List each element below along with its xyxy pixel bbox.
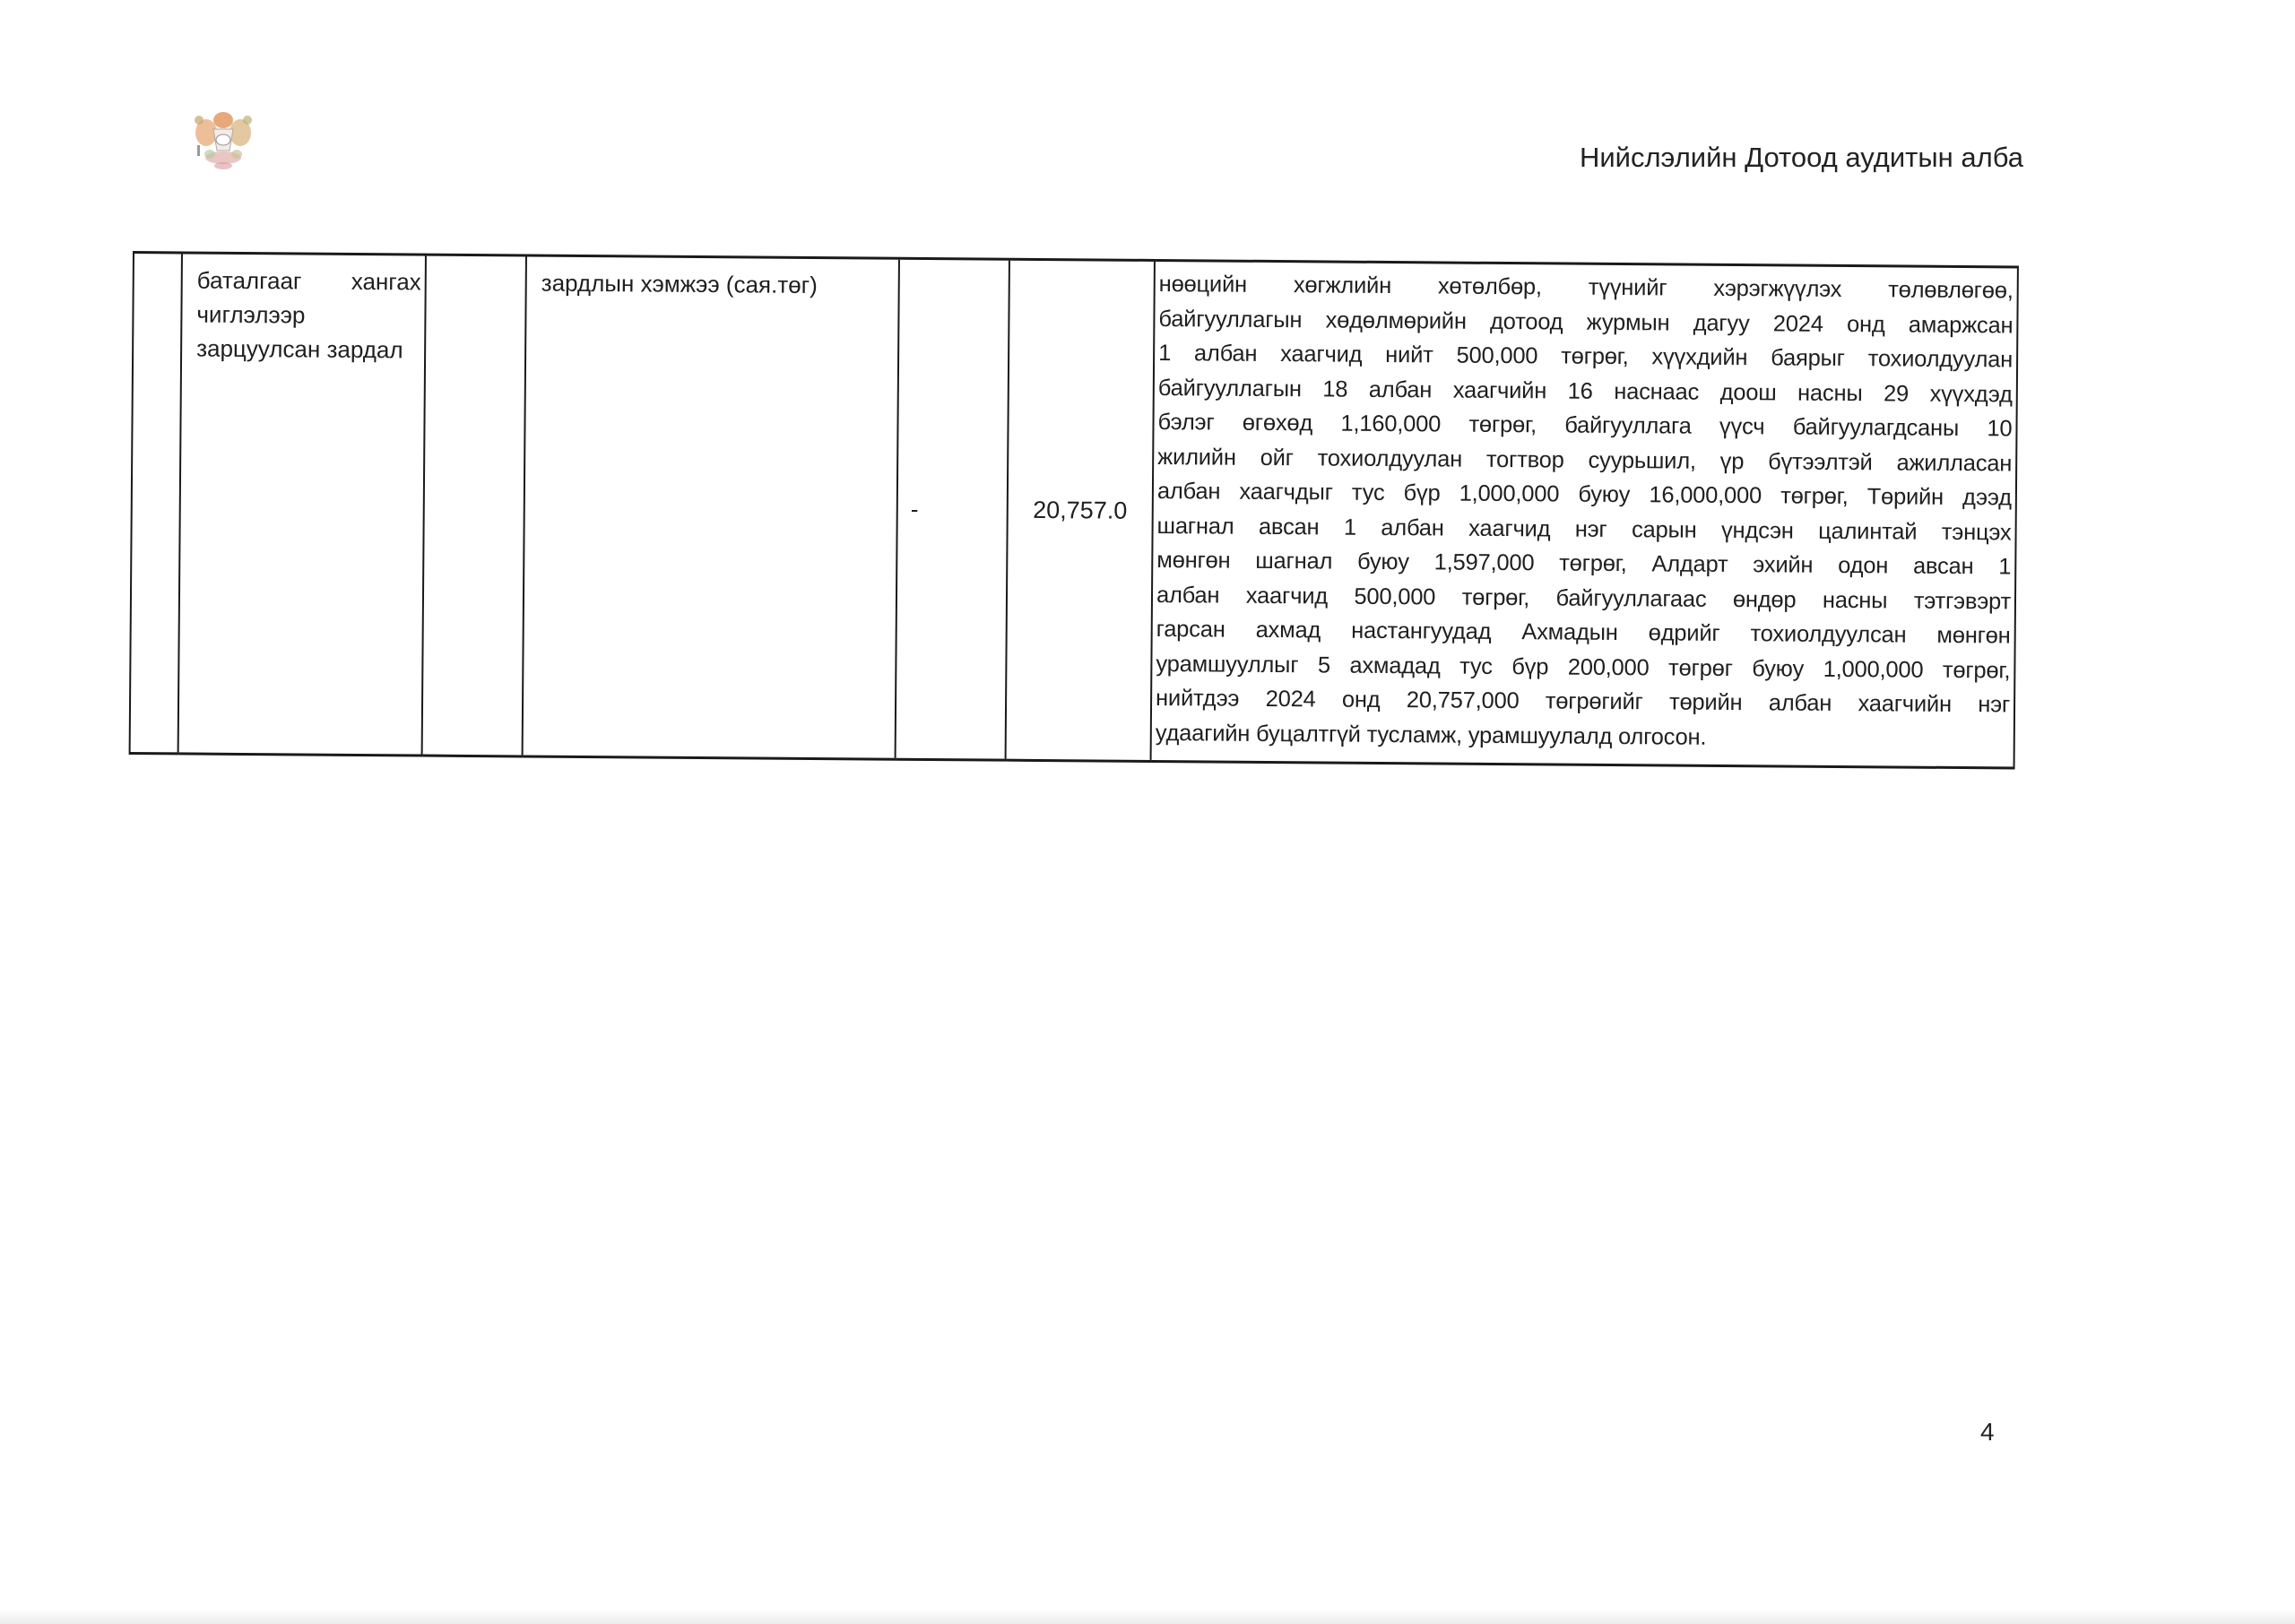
description-word: албан bbox=[1194, 336, 1258, 371]
table-row: баталгааг хангах чиглэлээр зарцуулсан за… bbox=[130, 253, 2018, 768]
description-word: хөгжлийн bbox=[1294, 268, 1391, 303]
description-word: нөөцийн bbox=[1159, 267, 1248, 302]
description-word: нийтдээ bbox=[1156, 681, 1240, 716]
page-number: 4 bbox=[1980, 1418, 1995, 1447]
description-word: мөнгөн bbox=[1936, 618, 2010, 653]
description-word: үр bbox=[1720, 444, 1745, 479]
description-word: наснаас bbox=[1614, 374, 1699, 409]
description-word: авсан bbox=[1259, 509, 1320, 544]
description-word: ахмад bbox=[1255, 613, 1321, 648]
description-word: онд bbox=[1847, 307, 1885, 342]
description-word: урамшууллыг bbox=[1156, 646, 1298, 682]
description-word: 2024 bbox=[1266, 682, 1316, 717]
description-word: мөнгөн bbox=[1156, 543, 1230, 578]
description-word: настангуудад bbox=[1351, 614, 1491, 650]
description-word: албан bbox=[1156, 577, 1220, 612]
description-word: тэтгэвэрт bbox=[1914, 583, 2011, 618]
description-word: 200,000 bbox=[1568, 650, 1650, 685]
baseline-cell: - bbox=[896, 258, 1009, 760]
description-word: тэнцэх bbox=[1942, 514, 2012, 549]
description-word: 1 bbox=[1998, 549, 2011, 584]
description-word: тус bbox=[1459, 649, 1493, 684]
description-word: байгууллага bbox=[1564, 409, 1692, 445]
description-word: өдрийг bbox=[1649, 616, 1720, 651]
description-word: бүр bbox=[1511, 650, 1548, 685]
audit-table: баталгааг хангах чиглэлээр зарцуулсан за… bbox=[129, 251, 2017, 769]
description-word: төрийн bbox=[1669, 685, 1743, 720]
description-word: тус bbox=[1352, 476, 1385, 511]
description-word: үүсч bbox=[1719, 410, 1765, 445]
description-word: Төрийн bbox=[1867, 479, 1944, 514]
description-word: жилийн bbox=[1157, 439, 1236, 474]
description-word: өгөхөд bbox=[1243, 406, 1313, 441]
description-word: хаагчийн bbox=[1453, 373, 1547, 408]
description-line: удаагийн буцалтгүй тусламж, урамшуулалд … bbox=[1156, 715, 2010, 756]
description-word: эхийн bbox=[1753, 548, 1813, 583]
description-text: нөөцийнхөгжлийнхөтөлбөр,түүнийгхэрэгжүүл… bbox=[1156, 267, 2014, 756]
description-word: төгрөг, bbox=[1780, 479, 1849, 514]
value-cell: 20,757.0 bbox=[1006, 259, 1155, 761]
description-word: нэг bbox=[1575, 512, 1607, 547]
unit-cell: зардлын хэмжээ (сая.төг) bbox=[523, 255, 899, 759]
description-word: 500,000 bbox=[1456, 339, 1537, 374]
description-word: төгрөг, bbox=[1559, 547, 1627, 582]
audit-table-grid: баталгааг хангах чиглэлээр зарцуулсан за… bbox=[129, 251, 2019, 770]
description-word: насны bbox=[1823, 583, 1888, 618]
description-word: доош bbox=[1719, 375, 1776, 410]
description-word: буюу bbox=[1578, 478, 1630, 513]
description-word: хөтөлбөр, bbox=[1438, 269, 1542, 304]
description-word: бүр bbox=[1403, 476, 1440, 511]
description-word: 29 bbox=[1884, 376, 1909, 411]
description-word: 1,000,000 bbox=[1459, 477, 1559, 512]
description-word: шагнал bbox=[1255, 544, 1332, 579]
description-word: байгууллагын bbox=[1158, 301, 1302, 337]
description-word: сарын bbox=[1632, 513, 1697, 548]
description-word: буюу bbox=[1752, 652, 1804, 687]
description-word: баярыг bbox=[1771, 341, 1845, 376]
description-word: цалинтай bbox=[1818, 514, 1918, 549]
description-word: ажилласан bbox=[1896, 445, 2012, 481]
description-word: төгрөг, bbox=[1462, 580, 1530, 615]
description-word: авсан bbox=[1913, 549, 1974, 584]
description-word: Ахмадын bbox=[1521, 615, 1618, 650]
description-word: 18 bbox=[1322, 372, 1347, 407]
description-word: онд bbox=[1342, 683, 1381, 718]
description-word: одон bbox=[1838, 549, 1888, 583]
description-word: албан bbox=[1369, 372, 1433, 407]
description-word: албан bbox=[1769, 686, 1832, 721]
description-word: 1,160,000 bbox=[1340, 407, 1441, 442]
description-word: тогтвор bbox=[1486, 442, 1564, 477]
description-word: 16,000,000 bbox=[1649, 478, 1762, 513]
description-word: 20,757,000 bbox=[1407, 683, 1520, 718]
description-word: тохиолдуулан bbox=[1318, 441, 1463, 477]
description-word: тохиолдуулсан bbox=[1750, 617, 1906, 652]
indicator-line-3: зарцуулсан зардал bbox=[196, 332, 420, 367]
description-word: 5 bbox=[1318, 648, 1330, 683]
indicator-cell: баталгааг хангах чиглэлээр зарцуулсан за… bbox=[178, 253, 426, 756]
description-word: төгрөг, bbox=[1468, 408, 1537, 443]
scan-page-edge bbox=[0, 1610, 2295, 1624]
description-word: буюу bbox=[1357, 545, 1409, 580]
description-word: шагнал bbox=[1156, 508, 1234, 543]
description-word: түүнийг bbox=[1589, 271, 1667, 306]
description-word: Алдарт bbox=[1651, 547, 1728, 582]
empty-cell bbox=[422, 255, 526, 756]
description-word: насны bbox=[1797, 376, 1863, 410]
description-word: байгууллагын bbox=[1158, 370, 1302, 406]
description-word: дотоод bbox=[1490, 304, 1563, 339]
description-word: 1,000,000 bbox=[1823, 652, 1924, 687]
description-word: төгрөг bbox=[1668, 651, 1733, 686]
description-word: 10 bbox=[1987, 411, 2012, 446]
description-word: гарсан bbox=[1156, 612, 1225, 647]
description-word: нийт bbox=[1385, 338, 1433, 373]
description-word: хаагчид bbox=[1246, 578, 1328, 613]
indicator-word: хангах bbox=[351, 264, 421, 299]
description-word: журмын bbox=[1587, 305, 1670, 340]
description-word: бэлэг bbox=[1157, 405, 1214, 440]
description-word: 1,597,000 bbox=[1434, 545, 1535, 580]
indicator-line-2: чиглэлээр bbox=[196, 298, 420, 333]
description-word: 1 bbox=[1344, 510, 1356, 545]
description-word: төлөвлөгөө, bbox=[1888, 272, 2014, 308]
description-word: ахмадад bbox=[1349, 648, 1440, 683]
description-word: төгрөг, bbox=[1943, 652, 2011, 687]
description-word: 16 bbox=[1568, 374, 1593, 409]
indicator-line-1: баталгааг хангах bbox=[197, 263, 421, 299]
description-word: байгууллагаас bbox=[1555, 581, 1706, 617]
description-word: 1 bbox=[1158, 336, 1171, 371]
description-word: хүүхдэд bbox=[1929, 376, 2012, 411]
description-cell: нөөцийнхөгжлийнхөтөлбөр,түүнийгхэрэгжүүл… bbox=[1151, 260, 2018, 768]
description-word: хаагчид bbox=[1280, 337, 1362, 372]
description-word: суурьшил, bbox=[1588, 443, 1696, 478]
description-word: хаагчийн bbox=[1858, 687, 1952, 721]
description-word: нэг bbox=[1978, 687, 2010, 722]
description-word: хэрэгжүүлэх bbox=[1713, 272, 1841, 307]
indicator-word: баталгааг bbox=[197, 263, 302, 298]
description-word: төгрөг, bbox=[1561, 340, 1629, 375]
description-word: хаагчид bbox=[1468, 511, 1550, 546]
description-word: дээд bbox=[1962, 480, 2012, 515]
row-number-cell bbox=[130, 253, 182, 754]
description-word: байгуулагдсаны bbox=[1793, 410, 1960, 446]
description-word: өндөр bbox=[1733, 583, 1797, 618]
organization-name: Нийслэлийн Дотоод аудитын алба bbox=[1580, 142, 2023, 174]
description-word: ойг bbox=[1260, 440, 1294, 475]
description-word: төгрөгийг bbox=[1546, 684, 1643, 719]
description-word: 500,000 bbox=[1354, 579, 1435, 614]
description-word: албан bbox=[1157, 474, 1221, 509]
coat-of-arms-emblem-icon bbox=[190, 109, 256, 172]
description-word: хөдөлмөрийн bbox=[1326, 303, 1467, 339]
description-word: амаржсан bbox=[1909, 307, 2014, 342]
description-word: 2024 bbox=[1773, 307, 1823, 341]
description-word: дагуу bbox=[1693, 306, 1750, 341]
description-word: хаагчдыг bbox=[1239, 475, 1333, 510]
description-word: тохиолдуулан bbox=[1868, 341, 2014, 377]
description-word: хүүхдийн bbox=[1651, 340, 1747, 375]
description-word: албан bbox=[1381, 510, 1444, 545]
description-word: бүтээлтэй bbox=[1768, 445, 1873, 479]
description-word: үндсэн bbox=[1721, 513, 1794, 548]
